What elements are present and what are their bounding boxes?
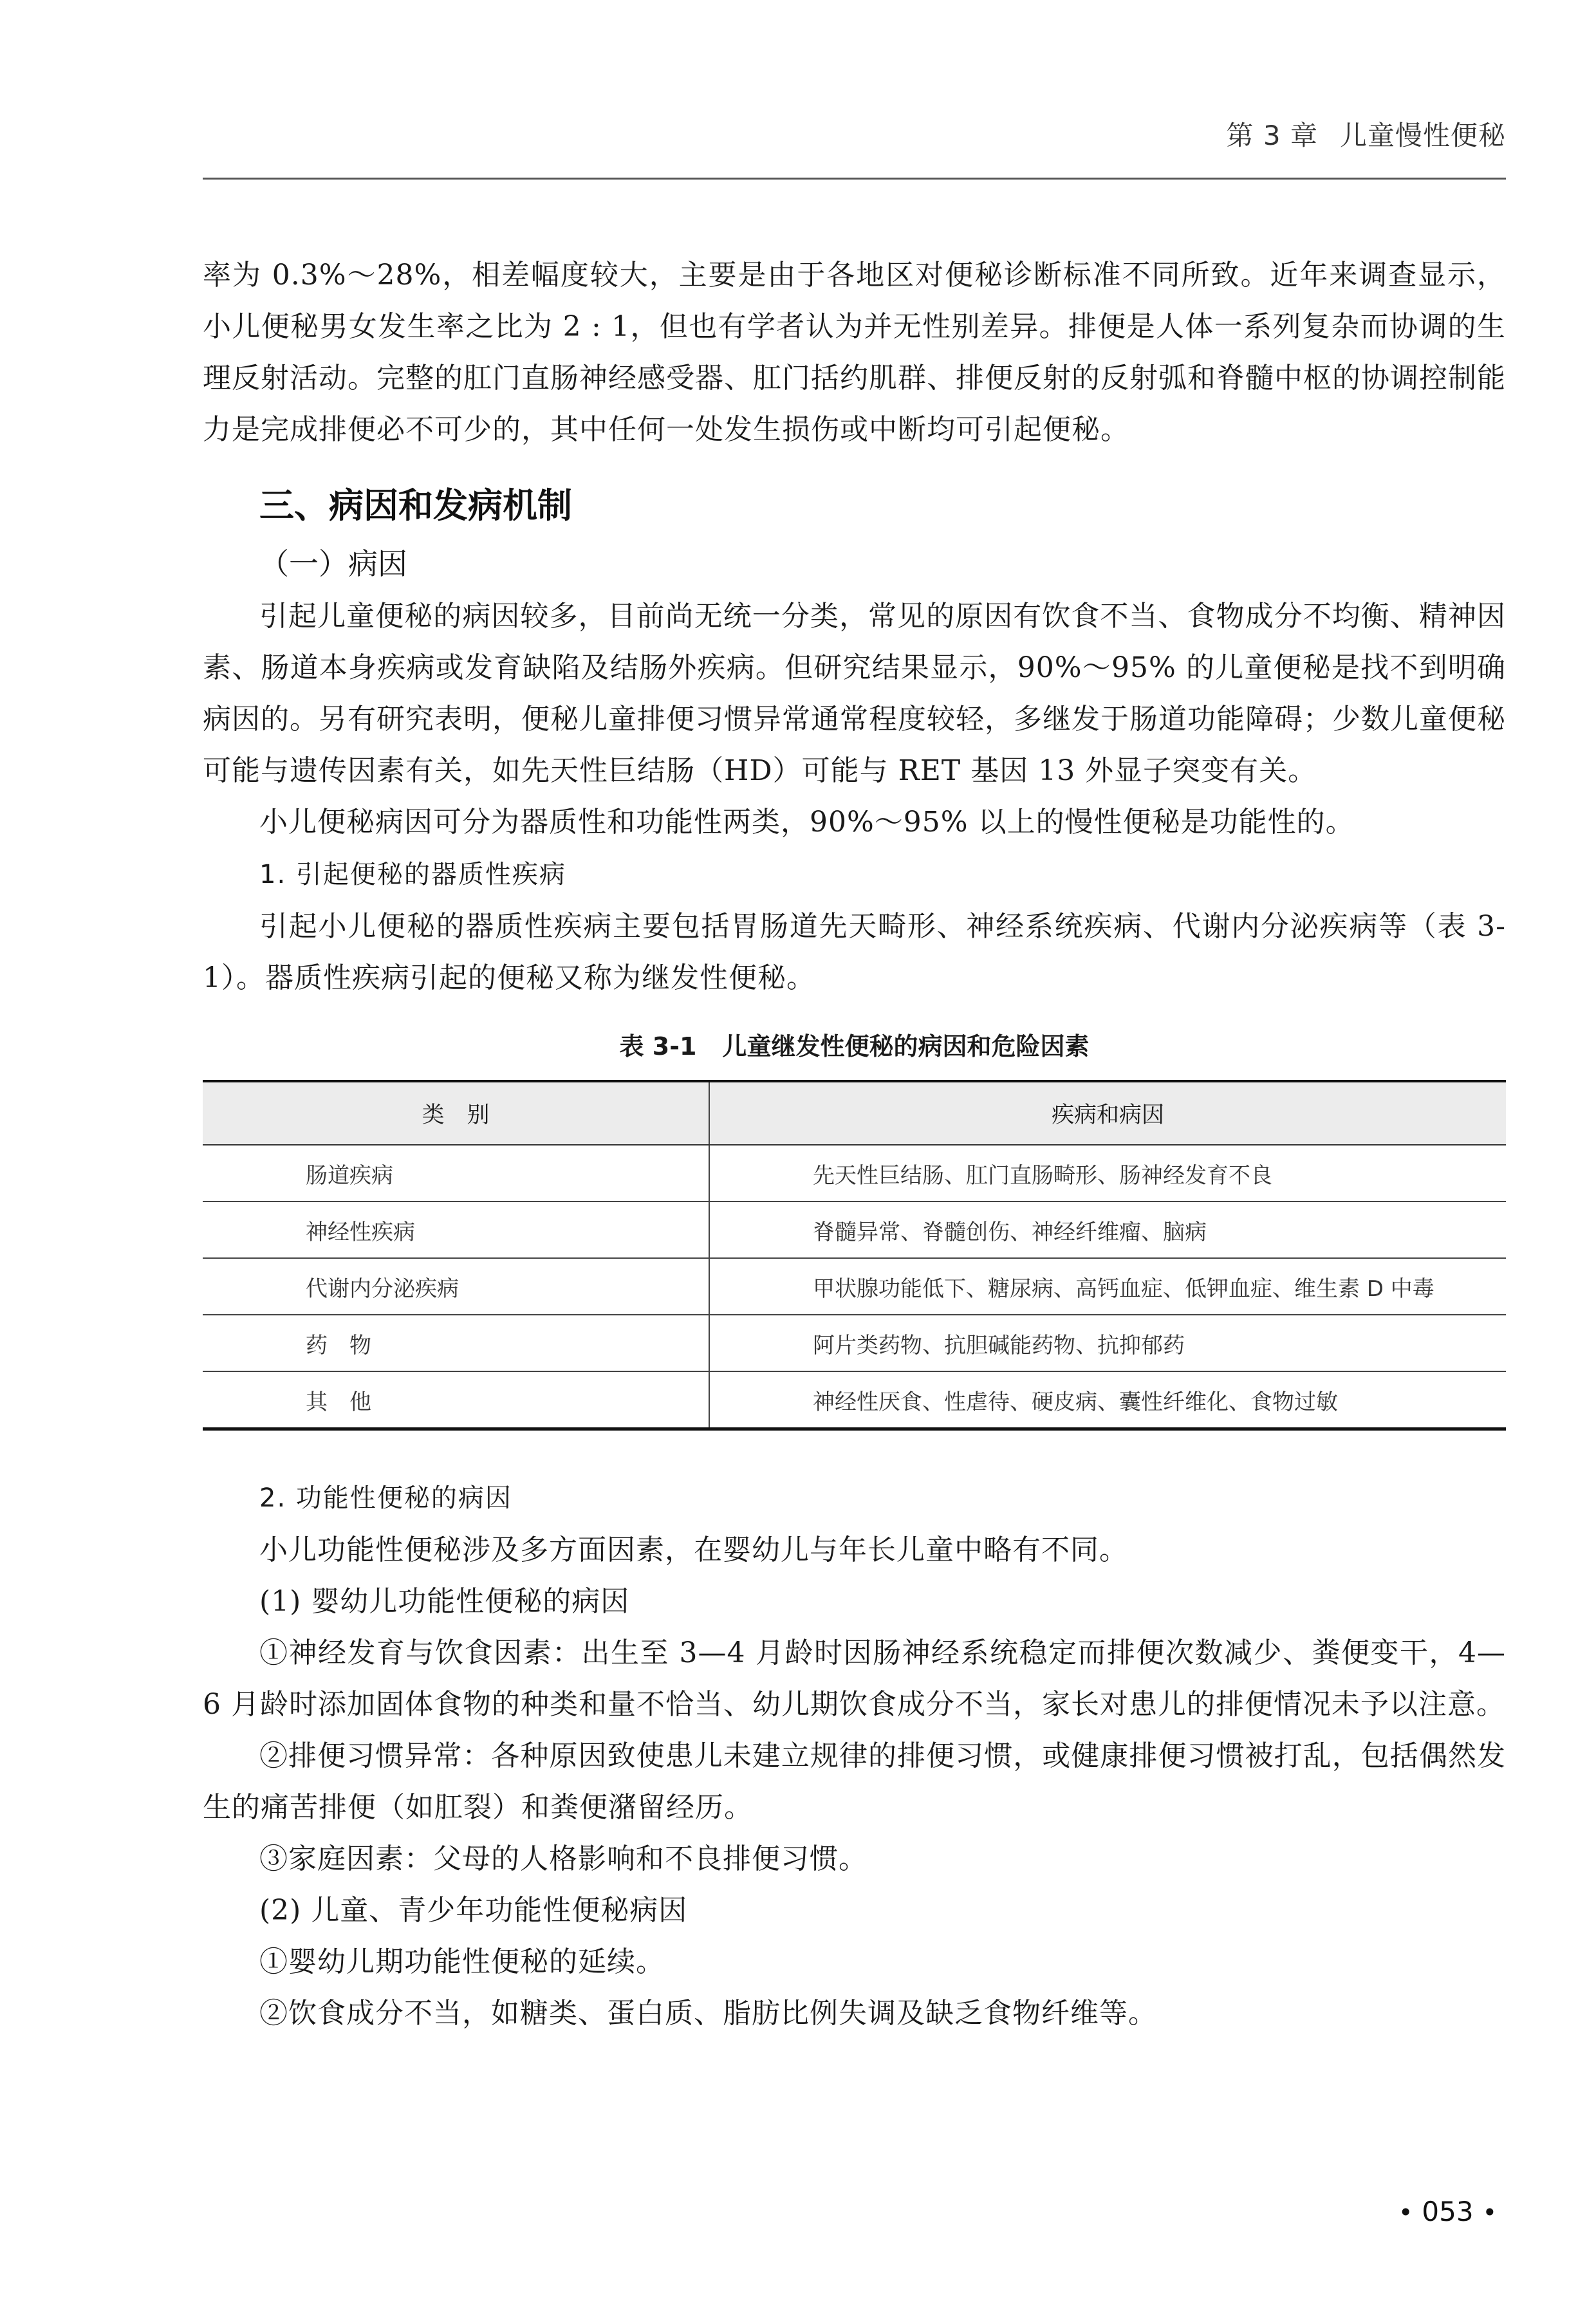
table-row: 药 物 阿片类药物、抗胆碱能药物、抗抑郁药 bbox=[203, 1315, 1506, 1371]
paragraph-prevalence: 率为 0.3%～28%，相差幅度较大，主要是由于各地区对便秘诊断标准不同所致。近… bbox=[203, 250, 1506, 456]
table-row: 其 他 神经性厌食、性虐待、硬皮病、囊性纤维化、食物过敏 bbox=[203, 1371, 1506, 1429]
page-number-value: 053 bbox=[1422, 2196, 1473, 2227]
section-heading: 三、病因和发病机制 bbox=[259, 475, 1506, 537]
functional-section: 2. 功能性便秘的病因 小儿功能性便秘涉及多方面因素，在婴幼儿与年长儿童中略有不… bbox=[203, 1472, 1506, 2039]
chapter-number: 第 3 章 bbox=[1227, 120, 1318, 151]
bullet-right: • bbox=[1483, 2198, 1497, 2227]
table-caption: 表 3-1儿童继发性便秘的病因和危险因素 bbox=[203, 1027, 1506, 1066]
bullet-left: • bbox=[1398, 2198, 1413, 2227]
cell-category: 药 物 bbox=[203, 1315, 709, 1371]
paragraph-etiology: 引起儿童便秘的病因较多，目前尚无统一分类，常见的原因有饮食不当、食物成分不均衡、… bbox=[203, 591, 1506, 797]
list-item-infant: ②排便习惯异常：各种原因致使患儿未建立规律的排便习惯，或健康排便习惯被打乱，包括… bbox=[203, 1730, 1506, 1833]
paragraph-functional-intro: 小儿功能性便秘涉及多方面因素，在婴幼儿与年长儿童中略有不同。 bbox=[203, 1525, 1506, 1576]
heading-functional: 2. 功能性便秘的病因 bbox=[203, 1472, 1506, 1525]
cell-diseases: 先天性巨结肠、肛门直肠畸形、肠神经发育不良 bbox=[709, 1145, 1506, 1201]
table-number: 表 3-1 bbox=[620, 1032, 697, 1061]
cell-category: 肠道疾病 bbox=[203, 1145, 709, 1201]
list-item-child: ②饮食成分不当，如糖类、蛋白质、脂肪比例失调及缺乏食物纤维等。 bbox=[203, 1988, 1506, 2039]
paragraph-organic: 引起小儿便秘的器质性疾病主要包括胃肠道先天畸形、神经系统疾病、代谢内分泌疾病等（… bbox=[203, 901, 1506, 1004]
table-title: 儿童继发性便秘的病因和危险因素 bbox=[722, 1032, 1089, 1061]
table-row: 神经性疾病 脊髓异常、脊髓创伤、神经纤维瘤、脑病 bbox=[203, 1201, 1506, 1258]
heading-organic-diseases: 1. 引起便秘的器质性疾病 bbox=[203, 848, 1506, 901]
etiology-table: 类 别 疾病和病因 肠道疾病 先天性巨结肠、肛门直肠畸形、肠神经发育不良 神经性… bbox=[203, 1080, 1506, 1431]
paragraph-classification: 小儿便秘病因可分为器质性和功能性两类，90%～95% 以上的慢性便秘是功能性的。 bbox=[203, 797, 1506, 848]
table-header-row: 类 别 疾病和病因 bbox=[203, 1081, 1506, 1145]
cell-diseases: 甲状腺功能低下、糖尿病、高钙血症、低钾血症、维生素 D 中毒 bbox=[709, 1258, 1506, 1315]
page-content: 率为 0.3%～28%，相差幅度较大，主要是由于各地区对便秘诊断标准不同所致。近… bbox=[203, 250, 1506, 2039]
subsection-heading: （一）病因 bbox=[203, 537, 1506, 591]
cell-category: 神经性疾病 bbox=[203, 1201, 709, 1258]
table-row: 肠道疾病 先天性巨结肠、肛门直肠畸形、肠神经发育不良 bbox=[203, 1145, 1506, 1201]
chapter-title: 儿童慢性便秘 bbox=[1340, 120, 1506, 151]
column-header-category: 类 别 bbox=[203, 1081, 709, 1145]
cell-diseases: 神经性厌食、性虐待、硬皮病、囊性纤维化、食物过敏 bbox=[709, 1371, 1506, 1429]
column-header-disease: 疾病和病因 bbox=[709, 1081, 1506, 1145]
list-item-infant: ①神经发育与饮食因素：出生至 3—4 月龄时因肠神经系统稳定而排便次数减少、粪便… bbox=[203, 1627, 1506, 1730]
list-item-child: ①婴幼儿期功能性便秘的延续。 bbox=[203, 1936, 1506, 1988]
cell-category: 代谢内分泌疾病 bbox=[203, 1258, 709, 1315]
running-head: 第 3 章儿童慢性便秘 bbox=[1227, 115, 1506, 153]
cell-diseases: 脊髓异常、脊髓创伤、神经纤维瘤、脑病 bbox=[709, 1201, 1506, 1258]
header-rule bbox=[203, 178, 1506, 180]
heading-infant-causes: (1) 婴幼儿功能性便秘的病因 bbox=[203, 1576, 1506, 1627]
cell-diseases: 阿片类药物、抗胆碱能药物、抗抑郁药 bbox=[709, 1315, 1506, 1371]
page-number: •053• bbox=[1389, 2196, 1506, 2227]
table-row: 代谢内分泌疾病 甲状腺功能低下、糖尿病、高钙血症、低钾血症、维生素 D 中毒 bbox=[203, 1258, 1506, 1315]
list-item-infant: ③家庭因素：父母的人格影响和不良排便习惯。 bbox=[203, 1833, 1506, 1885]
heading-child-causes: (2) 儿童、青少年功能性便秘病因 bbox=[203, 1885, 1506, 1936]
cell-category: 其 他 bbox=[203, 1371, 709, 1429]
